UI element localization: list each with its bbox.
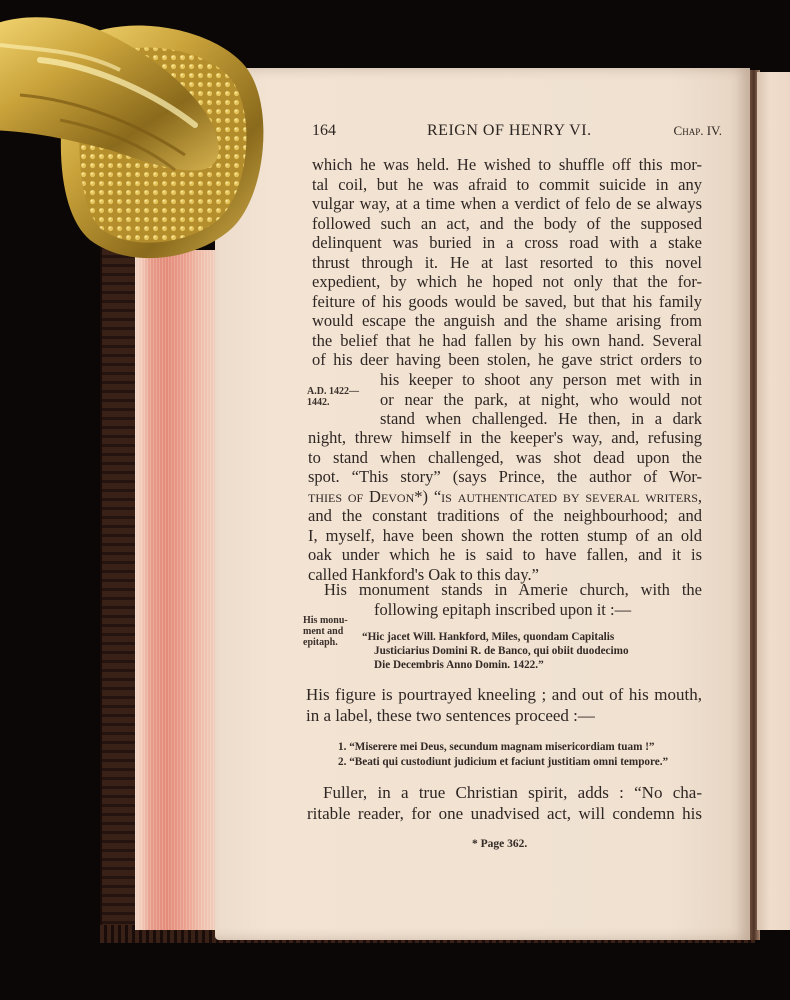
running-header: 164 REIGN OF HENRY VI. Chap. IV.	[312, 122, 722, 142]
text-line: delinquent was buried in a cross road wi…	[312, 233, 702, 253]
text-line: stand when challenged. He then, in a dar…	[380, 409, 702, 429]
margin-note-line: A.D. 1422—	[307, 386, 359, 397]
text-line: Fuller, in a true Christian spirit, adds…	[307, 783, 702, 803]
text-line: or near the park, at night, who would no…	[380, 390, 702, 410]
text-line: expedient, by which he hoped not only th…	[312, 272, 702, 292]
margin-note-line: His monu-	[303, 615, 348, 626]
text-line: ritable reader, for one unadvised act, w…	[307, 804, 702, 824]
text-line: would escape the anguish and the shame a…	[312, 311, 702, 331]
text-line: tal coil, but he was afraid to commit su…	[312, 175, 702, 195]
margin-note-line: ment and	[303, 626, 348, 637]
margin-note-line: 1442.	[307, 397, 359, 408]
body-indented-lines: his keeper to shoot any person met with …	[380, 370, 702, 429]
text-line: to stand when challenged, was shot dead …	[308, 448, 702, 468]
epitaph-line: Justiciarius Domini R. de Banco, qui obi…	[362, 644, 682, 658]
epitaph-line: “Hic jacet Will. Hankford, Miles, quonda…	[362, 630, 682, 644]
label-sentences: 1. “Miserere mei Deus, secundum magnam m…	[338, 740, 718, 770]
text-line: following epitaph inscribed upon it :—	[324, 600, 702, 620]
text-line: his keeper to shoot any person met with …	[380, 370, 702, 390]
text-line: His monument stands in Amerie church, wi…	[324, 580, 702, 600]
text-line: the belief that he had fallen by his own…	[312, 331, 702, 351]
figure-paragraph: His figure is pourtrayed kneeling ; and …	[306, 685, 702, 725]
footnote: * Page 362.	[472, 838, 527, 850]
facing-page-edge	[757, 72, 790, 930]
text-line: which he was held. He wished to shuffle …	[312, 155, 702, 175]
text-line: oak under which he is said to have falle…	[308, 545, 702, 565]
text-line: His figure is pourtrayed kneeling ; and …	[306, 685, 702, 705]
red-page-edges	[135, 250, 225, 930]
text-line: vulgar way, at a time when a verdict of …	[312, 194, 702, 214]
margin-note-monument: His monu- ment and epitaph.	[303, 615, 348, 648]
sentence-item: 1. “Miserere mei Deus, secundum magnam m…	[338, 740, 718, 755]
sentence-item: 2. “Beati qui custodiunt judicium et fac…	[338, 755, 718, 770]
text-line: feiture of his goods would be saved, but…	[312, 292, 702, 312]
body-paragraph-2: night, threw himself in the keeper's way…	[308, 428, 702, 584]
fuller-paragraph: Fuller, in a true Christian spirit, adds…	[307, 783, 702, 823]
body-paragraph-1: which he was held. He wished to shuffle …	[312, 155, 702, 370]
text-line: spot. “This story” (says Prince, the aut…	[308, 467, 702, 487]
text-line: I, myself, have been shown the rotten st…	[308, 526, 702, 546]
epitaph-line: Die Decembris Anno Domin. 1422.”	[362, 658, 682, 672]
text-line: in a label, these two sentences proceed …	[306, 706, 702, 726]
text-line: of his deer having been stolen, he gave …	[312, 350, 702, 370]
text-line: thies of Devon*) “is authenticated by se…	[308, 487, 702, 507]
page-number: 164	[312, 122, 336, 140]
monument-paragraph: His monument stands in Amerie church, wi…	[324, 580, 702, 619]
margin-note-line: epitaph.	[303, 637, 348, 648]
brass-hand-paperweight-icon	[0, 0, 280, 275]
margin-note-date: A.D. 1422— 1442.	[307, 386, 359, 408]
epitaph-quote: “Hic jacet Will. Hankford, Miles, quonda…	[362, 630, 682, 672]
chapter-label: Chap. IV.	[674, 123, 722, 139]
text-line: followed such an act, and the body of th…	[312, 214, 702, 234]
text-line: thrust through it. He at last resorted t…	[312, 253, 702, 273]
text-line: and the constant traditions of the neigh…	[308, 506, 702, 526]
running-title: REIGN OF HENRY VI.	[427, 122, 592, 140]
text-line: night, threw himself in the keeper's way…	[308, 428, 702, 448]
